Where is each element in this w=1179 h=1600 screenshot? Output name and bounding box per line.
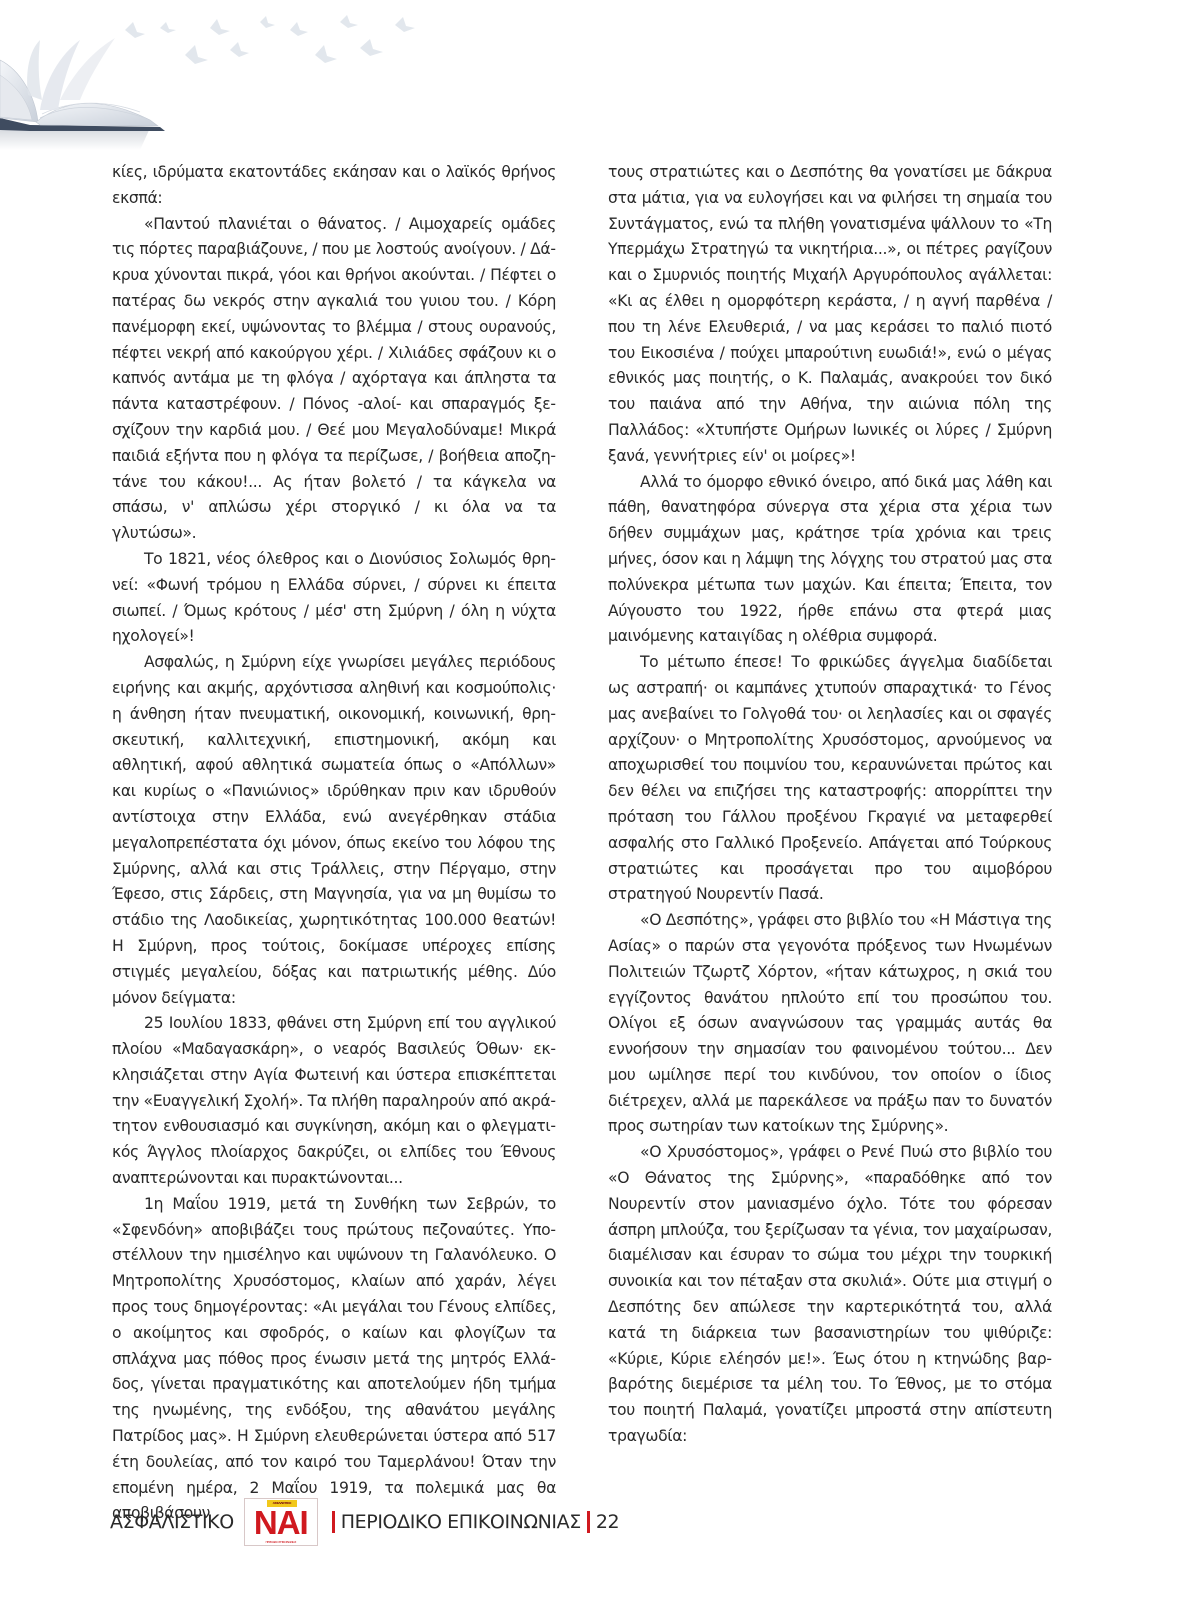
- paragraph: Το 1821, νέος όλεθρος και ο Διονύσιος Σο…: [112, 547, 556, 650]
- left-column: κίες, ιδρύματα εκατοντάδες εκάησαν και ο…: [112, 160, 556, 1527]
- paragraph: Ασφαλώς, η Σμύρνη είχε γνωρίσει μεγάλες …: [112, 650, 556, 1011]
- logo-word: ΝΑΙ: [245, 1506, 317, 1539]
- divider-bar: [332, 1511, 335, 1533]
- divider-bar: [587, 1511, 590, 1533]
- paragraph: Το μέτωπο έπεσε! Το φρικώδες άγγελμα δια…: [608, 650, 1052, 908]
- paragraph: «Ο Δεσπότης», γράφει στο βιβλίο του «Η Μ…: [608, 908, 1052, 1140]
- paragraph: κίες, ιδρύματα εκατοντάδες εκάησαν και ο…: [112, 160, 556, 212]
- page-footer: ΑΣΦΑΛΙΣΤΙΚΟ ΑΣΦΑΛΙΣΤΙΚΟ ΝΑΙ ΠΕΡΙΟΔΙΚΟ ΕΠ…: [110, 1497, 619, 1547]
- paragraph: Αλλά το όμορφο εθνικό όνειρο, από δικά μ…: [608, 470, 1052, 651]
- nai-logo: ΑΣΦΑΛΙΣΤΙΚΟ ΝΑΙ ΠΕΡΙΟΔΙΚΟ ΕΠΙΚΟΙΝΩΝΙΑΣ: [244, 1498, 318, 1546]
- page-number: 22: [596, 1511, 619, 1533]
- paragraph: 25 Ιουλίου 1833, φθάνει στη Σμύρνη επί τ…: [112, 1011, 556, 1192]
- right-column: τους στρατιώτες και ο Δεσπότης θα γονατί…: [608, 160, 1052, 1527]
- open-book-doves-illustration: [0, 0, 420, 150]
- logo-subtitle: ΠΕΡΙΟΔΙΚΟ ΕΠΙΚΟΙΝΩΝΙΑΣ: [245, 1540, 317, 1544]
- paragraph: 1η Μαΐου 1919, μετά τη Συνθήκη των Σεβρώ…: [112, 1192, 556, 1527]
- magazine-label: ΠΕΡΙΟΔΙΚΟ ΕΠΙΚΟΙΝΩΝΙΑΣ: [341, 1511, 581, 1533]
- footer-brand: ΑΣΦΑΛΙΣΤΙΚΟ: [110, 1511, 234, 1533]
- paragraph: «Παντού πλανιέται ο θάνατος. / Αιμοχαρεί…: [112, 212, 556, 547]
- paragraph: «Ο Χρυσόστομος», γράφει ο Ρενέ Πυώ στο β…: [608, 1140, 1052, 1450]
- paragraph: τους στρατιώτες και ο Δεσπότης θα γονατί…: [608, 160, 1052, 470]
- article-body: κίες, ιδρύματα εκατοντάδες εκάησαν και ο…: [112, 160, 1052, 1527]
